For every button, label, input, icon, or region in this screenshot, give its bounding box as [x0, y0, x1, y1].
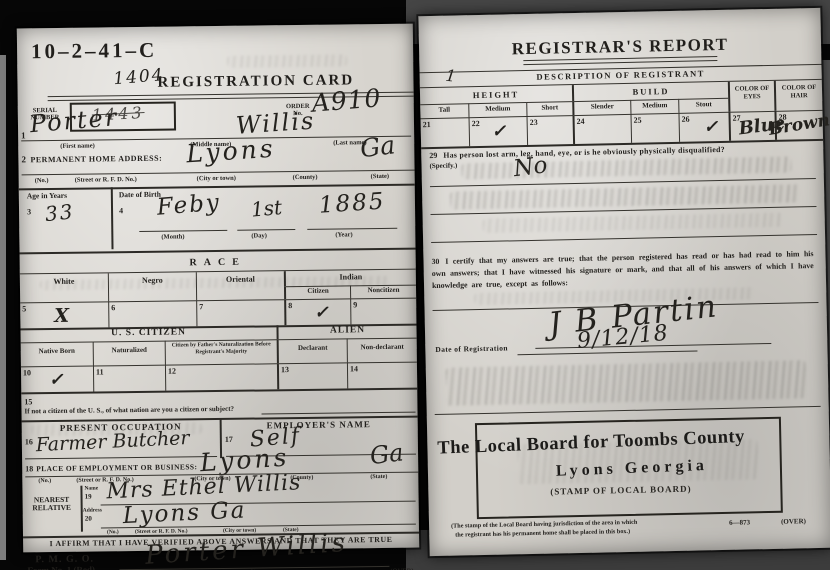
build-medium-header: Medium [630, 99, 678, 114]
non-declarant-cell: 14 [347, 362, 417, 389]
scan-smudge [483, 213, 783, 233]
line18-number: 18 [25, 465, 33, 474]
sublabel-city: (City or town) [197, 175, 236, 183]
order-number-value: A910 [311, 85, 383, 116]
nation-question: If not a citizen of the U. S., of what n… [24, 406, 234, 416]
dob-year-sublabel: (Year) [335, 231, 352, 238]
tall-cell: 21 [421, 117, 470, 147]
race-title: RACE [20, 255, 416, 271]
race-noncitizen-cell: 9 [350, 298, 416, 325]
race-white-cell: 5 X [20, 301, 108, 328]
employment-place-label: PLACE OF EMPLOYMENT OR BUSINESS: [36, 463, 197, 473]
nearest-relative-label: NEAREST RELATIVE [25, 496, 79, 513]
employment-state-handwritten: Ga [369, 440, 405, 468]
q29-line-3 [431, 234, 817, 243]
scan-smudge [461, 156, 791, 179]
scan-smudge [517, 439, 758, 484]
description-table: HEIGHT BUILD COLOR OF EYES COLOR OF HAIR… [420, 79, 823, 149]
height-medium-mark: ✓ [492, 120, 507, 142]
q29-number: 29 [429, 152, 437, 161]
dob-day-sublabel: (Day) [251, 232, 267, 239]
scan-smudge [32, 422, 202, 436]
race-citizen-header: Citizen [284, 285, 350, 299]
citizen-table: U. S. CITIZEN ALIEN Native Born Naturali… [20, 324, 417, 395]
desc-no22: 22 [472, 119, 480, 128]
race-negro-cell: 6 [108, 300, 196, 327]
line19-number: 19 [85, 494, 92, 502]
color-of-hair-header: COLOR OF HAIR [774, 80, 823, 111]
registration-date-label: Date of Registration [435, 344, 508, 354]
line20-number: 20 [85, 516, 92, 524]
race-citizen-cell: 8 ✓ [284, 298, 350, 325]
declarant-header: Declarant [277, 338, 347, 363]
naturalized-cell: 11 [93, 365, 165, 392]
sublabel-county: (County) [293, 174, 318, 181]
occupation-line [25, 456, 217, 459]
race-no9: 9 [353, 300, 357, 309]
home-address-label: PERMANENT HOME ADDRESS: [30, 155, 162, 165]
dob-month-handwritten: Feby [156, 192, 222, 220]
home-city-handwritten: Lyons [186, 136, 277, 167]
dob-year-handwritten: 1885 [318, 190, 386, 217]
race-noncitizen-header: Noncitizen [350, 285, 416, 299]
color-of-eyes-header: COLOR OF EYES [728, 81, 775, 112]
citizen-no14: 14 [350, 364, 358, 373]
scan-smudge [450, 184, 800, 209]
race-no6: 6 [111, 303, 115, 312]
tall-header: Tall [420, 103, 468, 118]
relative-address-label: Address [83, 507, 102, 513]
date-stamp-code: 10–2–41–C [31, 39, 157, 64]
scan-smudge [227, 54, 347, 67]
age-number: 3 [27, 208, 31, 217]
line16-number: 16 [25, 438, 33, 447]
q30-body: I certify that my answers are true; that… [432, 249, 814, 290]
native-born-header: Native Born [21, 342, 93, 367]
race-white-mark: X [54, 305, 69, 327]
dob-month-sublabel: (Month) [161, 233, 184, 240]
short-header: Short [526, 101, 572, 116]
first-name-handwritten: Porter [29, 105, 119, 136]
race-oriental-cell: 7 [196, 299, 284, 326]
height-medium-cell: 22 ✓ [469, 116, 528, 146]
q29-specify: (Specify.) [429, 162, 457, 170]
citizen-no12: 12 [168, 367, 176, 376]
registration-date-handwritten: 9/12/18 [576, 323, 669, 353]
short-cell: 23 [527, 115, 574, 145]
desc-no23: 23 [530, 118, 538, 127]
stamp-note-line2: the registrant has his permanent home sh… [455, 529, 630, 539]
registrars-report-page: REGISTRAR'S REPORT 1 DESCRIPTION OF REGI… [418, 8, 830, 556]
nation-answer-line [262, 412, 416, 415]
dob-number: 4 [119, 207, 123, 216]
slender-header: Slender [572, 100, 630, 115]
sublabel-no: (No.) [35, 177, 49, 184]
native-born-cell: 10 ✓ [21, 366, 93, 393]
scan-edge-strip-left [0, 55, 6, 560]
q30-number: 30 [431, 257, 439, 266]
last-name-handwritten: Willis [235, 109, 316, 138]
citizen-by-father-header: Citizen by Father's Naturalization Befor… [165, 339, 277, 364]
race-no8: 8 [288, 301, 292, 310]
print-code: 6—873 [729, 519, 750, 527]
hair-cell: 28 Brown [774, 110, 823, 140]
emp-sublabel-no: (No.) [38, 478, 51, 485]
blank-line [435, 406, 821, 415]
first-name-sublabel: (First name) [60, 142, 95, 150]
hair-value-handwritten: Brown [767, 112, 830, 139]
scan-smudge [446, 360, 807, 406]
slender-cell: 24 [572, 114, 631, 144]
build-medium-cell: 25 [630, 113, 679, 143]
dob-day-handwritten: 1st [250, 197, 283, 219]
line17-number: 17 [225, 436, 233, 445]
stout-mark: ✓ [704, 116, 719, 138]
form-number-label: Form No. 1 (Red) [27, 566, 95, 570]
sublabel-street: (Street or R. F. D. No.) [75, 176, 137, 184]
race-citizen-mark: ✓ [314, 302, 329, 324]
naturalized-header: Naturalized [93, 341, 165, 366]
line2-number: 2 [21, 155, 26, 165]
age-label: Age in Years [27, 192, 67, 201]
stout-cell: 26 ✓ [678, 112, 729, 142]
race-no7: 7 [199, 302, 203, 311]
over-label-right: (OVER) [781, 518, 806, 526]
desc-no24: 24 [577, 117, 585, 126]
registration-card-page: 10–2–41–C 1404 REGISTRATION CARD SERIAL … [17, 24, 419, 553]
age-value-handwritten: 33 [44, 201, 75, 224]
pmgo-label: P. M. G. O. [35, 554, 94, 566]
dob-label: Date of Birth [119, 191, 161, 200]
race-no5: 5 [22, 304, 26, 313]
citizen-no11: 11 [96, 367, 104, 376]
stout-header: Stout [678, 98, 728, 113]
line15-number: 15 [24, 398, 32, 407]
sublabel-state: (State) [371, 173, 390, 180]
q30-text: 30I certify that my answers are true; th… [431, 248, 814, 292]
declarant-cell: 13 [277, 362, 347, 389]
native-born-mark: ✓ [49, 369, 64, 391]
relative-address-handwritten: Lyons Ga [122, 499, 247, 528]
desc-no26: 26 [682, 115, 690, 124]
citizen-no13: 13 [281, 365, 289, 374]
height-medium-header: Medium [468, 102, 526, 117]
report-title: REGISTRAR'S REPORT [419, 34, 821, 61]
desc-no25: 25 [634, 116, 642, 125]
desc-no21: 21 [423, 120, 431, 129]
citizen-no10: 10 [23, 368, 31, 377]
home-state-handwritten: Ga [359, 132, 397, 161]
relative-name-label: Name [84, 485, 98, 491]
non-declarant-header: Non-declarant [347, 338, 417, 363]
emp-sublabel-state: (State) [370, 474, 387, 481]
citizen-by-father-cell: 12 [165, 363, 277, 390]
